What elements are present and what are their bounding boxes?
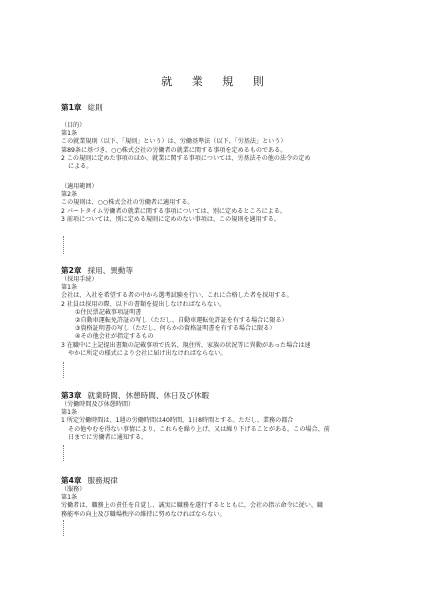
omission-dots (63, 520, 66, 536)
list-item: ①住民票記載事項証明書 (61, 309, 411, 317)
article-clause-cont: その他やむを得ない事情により、これらを繰り上げ、又は繰り下げることがある。この場… (61, 426, 411, 434)
article-caption: （服務） (61, 486, 411, 494)
article-text: 第89条に基づき、○○株式会社の労働者の就業に関する事項を定めるものである。 (61, 147, 411, 155)
chapter-number: 第4章 (61, 476, 81, 485)
omission-dots (63, 362, 66, 378)
chapter-number: 第2章 (61, 266, 81, 275)
chapter-title: 服務規律 (87, 476, 117, 485)
article-clause-cont: 日までに労働者に通知する。 (61, 434, 411, 442)
document-page: 就 業 規 則 第1章総則 （目的） 第1条 この就業規則（以下、「規則」という… (0, 0, 425, 600)
list-item: ④その他会社が指定するもの (61, 333, 411, 341)
chapter-4-heading: 第4章服務規律 (61, 475, 118, 486)
list-item: ②自動車運転免許証の写し（ただし、自動車運転免許証を有する場合に限る） (61, 317, 411, 325)
chapter-1-article-1: （目的） 第1条 この就業規則（以下、「規則」という）は、労働基準法（以下、「労… (61, 122, 411, 171)
chapter-4-article-1: （服務） 第1条 労働者は、職務上の責任を自覚し、誠実に職務を遂行するとともに、… (61, 486, 411, 519)
chapter-number: 第3章 (61, 391, 81, 400)
article-caption: （採用手続） (61, 276, 411, 284)
chapter-3-article-1: （労働時間及び休憩時間） 第1条 1 所定労働時間は、1週の労働時間は40時間、… (61, 401, 411, 442)
article-clause: 2 この規則に定めた事項のほか、就業に関する事項については、労基法その他の法令の… (61, 155, 411, 163)
chapter-title: 就業時間、休憩時間、休日及び休暇 (87, 391, 209, 400)
article-text: 務能率の向上及び職場秩序の維持に努めなければならない。 (61, 511, 411, 519)
chapter-1-heading: 第1章総則 (61, 102, 103, 113)
article-text: 労働者は、職務上の責任を自覚し、誠実に職務を遂行するとともに、会社の指示命令に従… (61, 502, 411, 510)
article-clause: 3 前項については、別に定める規則に定めのない事項は、この規則を適用する。 (61, 216, 411, 224)
article-clause: 3 在職中に上記提出書類の記載事項で氏名、現住所、家族の状況等に異動があった場合… (61, 342, 411, 350)
omission-dots (63, 236, 66, 254)
article-caption: （適用範囲） (61, 183, 411, 191)
document-title: 就 業 規 則 (0, 73, 425, 89)
article-text: 会社は、入社を希望する者の中から選考試験を行い、これに合格した者を採用する。 (61, 292, 411, 300)
article-clause: 1 所定労働時間は、1週の労働時間は40時間、1日8時間とする。ただし、業務の都… (61, 417, 411, 425)
article-clause: 2 社員は採用の際、以下の書類を提出しなければならない。 (61, 301, 411, 309)
chapter-title: 総則 (87, 103, 102, 112)
article-clause-cont: による。 (61, 163, 411, 171)
chapter-2-heading: 第2章採用、異動等 (61, 265, 133, 276)
omission-dots (63, 445, 66, 461)
chapter-3-heading: 第3章就業時間、休憩時間、休日及び休暇 (61, 390, 209, 401)
chapter-title: 採用、異動等 (87, 266, 133, 275)
article-caption: （目的） (61, 122, 411, 130)
chapter-2-article-1: （採用手続） 第1条 会社は、入社を希望する者の中から選考試験を行い、これに合格… (61, 276, 411, 358)
article-text: この就業規則（以下、「規則」という）は、労働基準法（以下、「労基法」という） (61, 138, 411, 146)
article-text: この規則は、○○株式会社の労働者に適用する。 (61, 199, 411, 207)
article-caption: （労働時間及び休憩時間） (61, 401, 411, 409)
article-clause: 2 パートタイム労働者の就業に関する事項については、別に定めるところによる。 (61, 208, 411, 216)
article-clause-cont: やかに所定の様式により会社に届け出なければならない。 (61, 350, 411, 358)
chapter-number: 第1章 (61, 103, 81, 112)
chapter-1-article-2: （適用範囲） 第2条 この規則は、○○株式会社の労働者に適用する。 2 パートタ… (61, 183, 411, 224)
